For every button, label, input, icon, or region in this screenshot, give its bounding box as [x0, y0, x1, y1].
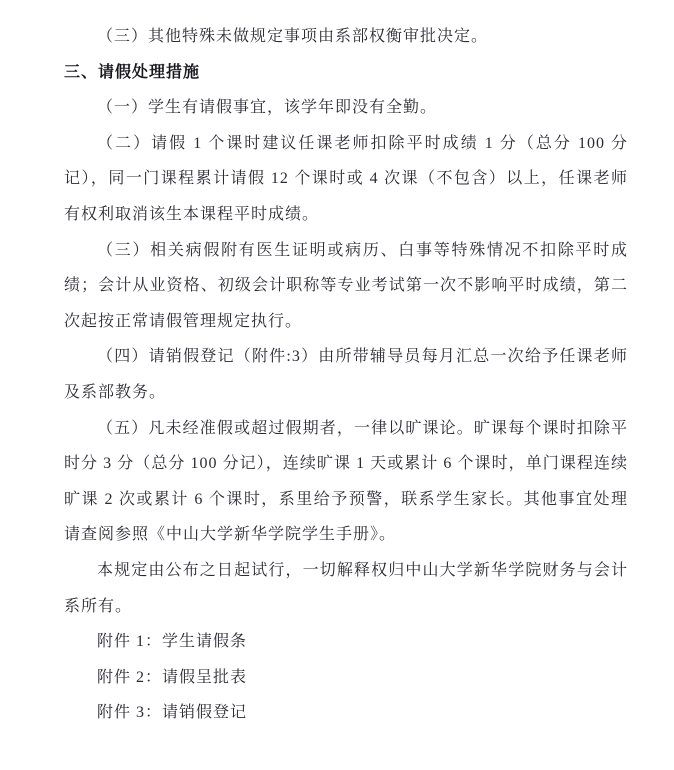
para-clause-1: （一）学生有请假事宜，该学年即没有全勤。: [64, 90, 628, 126]
para-clause-5: （五）凡未经准假或超过假期者，一律以旷课论。旷课每个课时扣除平时分 3 分（总分…: [64, 411, 628, 553]
attachment-item-3: 附件 3：请销假登记: [64, 695, 628, 731]
para-closing: 本规定由公布之日起试行，一切解释权归中山大学新华学院财务与会计系所有。: [64, 553, 628, 624]
para-clause-2: （二）请假 1 个课时建议任课老师扣除平时成绩 1 分（总分 100 分记），同…: [64, 126, 628, 233]
attachment-item-2: 附件 2：请假呈批表: [64, 660, 628, 696]
para-prev-clause-3: （三）其他特殊未做规定事项由系部权衡审批决定。: [64, 19, 628, 55]
para-clause-3: （三）相关病假附有医生证明或病历、白事等特殊情况不扣除平时成绩；会计从业资格、初…: [64, 233, 628, 340]
document-page: （三）其他特殊未做规定事项由系部权衡审批决定。 三、请假处理措施 （一）学生有请…: [0, 0, 674, 770]
section-heading: 三、请假处理措施: [64, 55, 628, 91]
attachment-item-1: 附件 1：学生请假条: [64, 624, 628, 660]
para-clause-4: （四）请销假登记（附件:3）由所带辅导员每月汇总一次给予任课老师及系部教务。: [64, 339, 628, 410]
